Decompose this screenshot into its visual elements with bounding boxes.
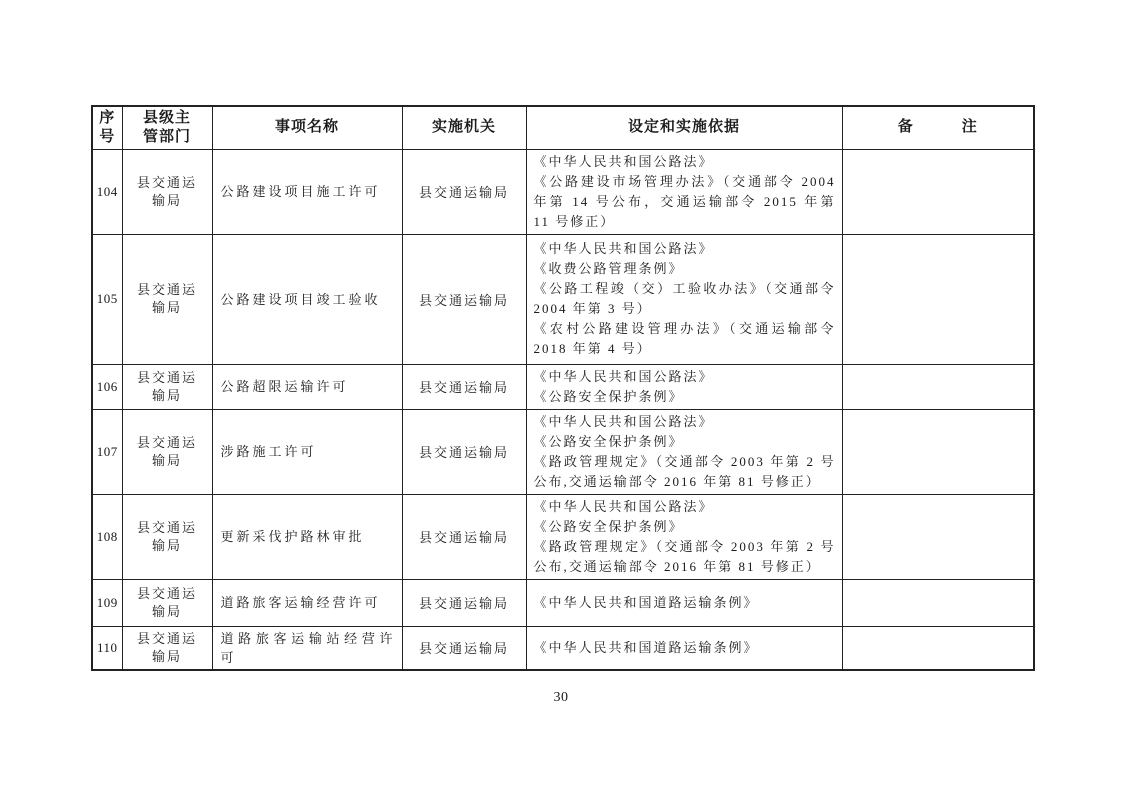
agency-cell: 县交通运输局 xyxy=(402,494,526,579)
department-cell: 县交通运输局 xyxy=(122,364,212,409)
basis-line: 《公路安全保护条例》 xyxy=(534,387,836,407)
basis-line: 《中华人民共和国道路运输条例》 xyxy=(534,593,836,613)
remark-cell xyxy=(842,364,1034,409)
basis-line: 《公路建设市场管理办法》（交通部令 2004 年第 14 号公布，交通运输部令 … xyxy=(534,172,836,232)
serial-cell: 104 xyxy=(92,149,122,234)
item-name-cell: 公路建设项目竣工验收 xyxy=(212,234,402,364)
remark-cell xyxy=(842,149,1034,234)
basis-cell: 《中华人民共和国道路运输条例》 xyxy=(526,626,842,670)
approval-items-table: 序 号 县级主 管部门 事项名称 实施机关 设定和实施依据 备 注 104 县交… xyxy=(91,105,1035,671)
department-cell: 县交通运输局 xyxy=(122,409,212,494)
remark-cell xyxy=(842,579,1034,626)
item-name-cell: 涉路施工许可 xyxy=(212,409,402,494)
basis-line: 《公路安全保护条例》 xyxy=(534,432,836,452)
agency-cell: 县交通运输局 xyxy=(402,234,526,364)
agency-cell: 县交通运输局 xyxy=(402,409,526,494)
basis-line: 《中华人民共和国公路法》 xyxy=(534,367,836,387)
department-cell: 县交通运输局 xyxy=(122,494,212,579)
agency-cell: 县交通运输局 xyxy=(402,364,526,409)
basis-line: 《公路工程竣（交）工验收办法》（交通部令 2004 年第 3 号） xyxy=(534,279,836,319)
basis-cell: 《中华人民共和国公路法》《收费公路管理条例》《公路工程竣（交）工验收办法》（交通… xyxy=(526,234,842,364)
basis-line: 《中华人民共和国道路运输条例》 xyxy=(534,638,836,658)
basis-cell: 《中华人民共和国公路法》《公路安全保护条例》 xyxy=(526,364,842,409)
page-number: 30 xyxy=(0,690,1122,706)
basis-line: 《收费公路管理条例》 xyxy=(534,259,836,279)
agency-cell: 县交通运输局 xyxy=(402,579,526,626)
item-name-cell: 道路旅客运输站经营许可 xyxy=(212,626,402,670)
basis-line: 《路政管理规定》（交通部令 2003 年第 2 号公布,交通运输部令 2016 … xyxy=(534,537,836,577)
serial-cell: 107 xyxy=(92,409,122,494)
remark-cell xyxy=(842,234,1034,364)
item-name-cell: 道路旅客运输经营许可 xyxy=(212,579,402,626)
table-row: 110 县交通运输局 道路旅客运输站经营许可 县交通运输局 《中华人民共和国道路… xyxy=(92,626,1034,670)
serial-cell: 106 xyxy=(92,364,122,409)
header-row: 序 号 县级主 管部门 事项名称 实施机关 设定和实施依据 备 注 xyxy=(92,106,1034,149)
serial-cell: 105 xyxy=(92,234,122,364)
header-remark: 备 注 xyxy=(842,106,1034,149)
basis-cell: 《中华人民共和国道路运输条例》 xyxy=(526,579,842,626)
agency-cell: 县交通运输局 xyxy=(402,149,526,234)
basis-line: 《中华人民共和国公路法》 xyxy=(534,412,836,432)
basis-line: 《公路安全保护条例》 xyxy=(534,517,836,537)
basis-line: 《中华人民共和国公路法》 xyxy=(534,497,836,517)
item-name-cell: 公路超限运输许可 xyxy=(212,364,402,409)
table-row: 105 县交通运输局 公路建设项目竣工验收 县交通运输局 《中华人民共和国公路法… xyxy=(92,234,1034,364)
basis-line: 《中华人民共和国公路法》 xyxy=(534,239,836,259)
serial-cell: 108 xyxy=(92,494,122,579)
basis-line: 《农村公路建设管理办法》（交通运输部令 2018 年第 4 号） xyxy=(534,319,836,359)
basis-cell: 《中华人民共和国公路法》《公路安全保护条例》《路政管理规定》（交通部令 2003… xyxy=(526,409,842,494)
basis-cell: 《中华人民共和国公路法》《公路安全保护条例》《路政管理规定》（交通部令 2003… xyxy=(526,494,842,579)
table-row: 107 县交通运输局 涉路施工许可 县交通运输局 《中华人民共和国公路法》《公路… xyxy=(92,409,1034,494)
agency-cell: 县交通运输局 xyxy=(402,626,526,670)
department-cell: 县交通运输局 xyxy=(122,149,212,234)
basis-line: 《路政管理规定》（交通部令 2003 年第 2 号公布,交通运输部令 2016 … xyxy=(534,452,836,492)
header-basis: 设定和实施依据 xyxy=(526,106,842,149)
department-cell: 县交通运输局 xyxy=(122,626,212,670)
table-row: 109 县交通运输局 道路旅客运输经营许可 县交通运输局 《中华人民共和国道路运… xyxy=(92,579,1034,626)
serial-cell: 110 xyxy=(92,626,122,670)
remark-cell xyxy=(842,494,1034,579)
header-department: 县级主 管部门 xyxy=(122,106,212,149)
basis-line: 《中华人民共和国公路法》 xyxy=(534,152,836,172)
serial-cell: 109 xyxy=(92,579,122,626)
department-cell: 县交通运输局 xyxy=(122,234,212,364)
header-agency: 实施机关 xyxy=(402,106,526,149)
item-name-cell: 更新采伐护路林审批 xyxy=(212,494,402,579)
table-row: 104 县交通运输局 公路建设项目施工许可 县交通运输局 《中华人民共和国公路法… xyxy=(92,149,1034,234)
table-body: 104 县交通运输局 公路建设项目施工许可 县交通运输局 《中华人民共和国公路法… xyxy=(92,149,1034,670)
basis-cell: 《中华人民共和国公路法》《公路建设市场管理办法》（交通部令 2004 年第 14… xyxy=(526,149,842,234)
item-name-cell: 公路建设项目施工许可 xyxy=(212,149,402,234)
remark-cell xyxy=(842,409,1034,494)
department-cell: 县交通运输局 xyxy=(122,579,212,626)
table-row: 106 县交通运输局 公路超限运输许可 县交通运输局 《中华人民共和国公路法》《… xyxy=(92,364,1034,409)
header-serial: 序 号 xyxy=(92,106,122,149)
document-page: 序 号 县级主 管部门 事项名称 实施机关 设定和实施依据 备 注 104 县交… xyxy=(0,0,1122,793)
remark-cell xyxy=(842,626,1034,670)
table-row: 108 县交通运输局 更新采伐护路林审批 县交通运输局 《中华人民共和国公路法》… xyxy=(92,494,1034,579)
header-item-name: 事项名称 xyxy=(212,106,402,149)
